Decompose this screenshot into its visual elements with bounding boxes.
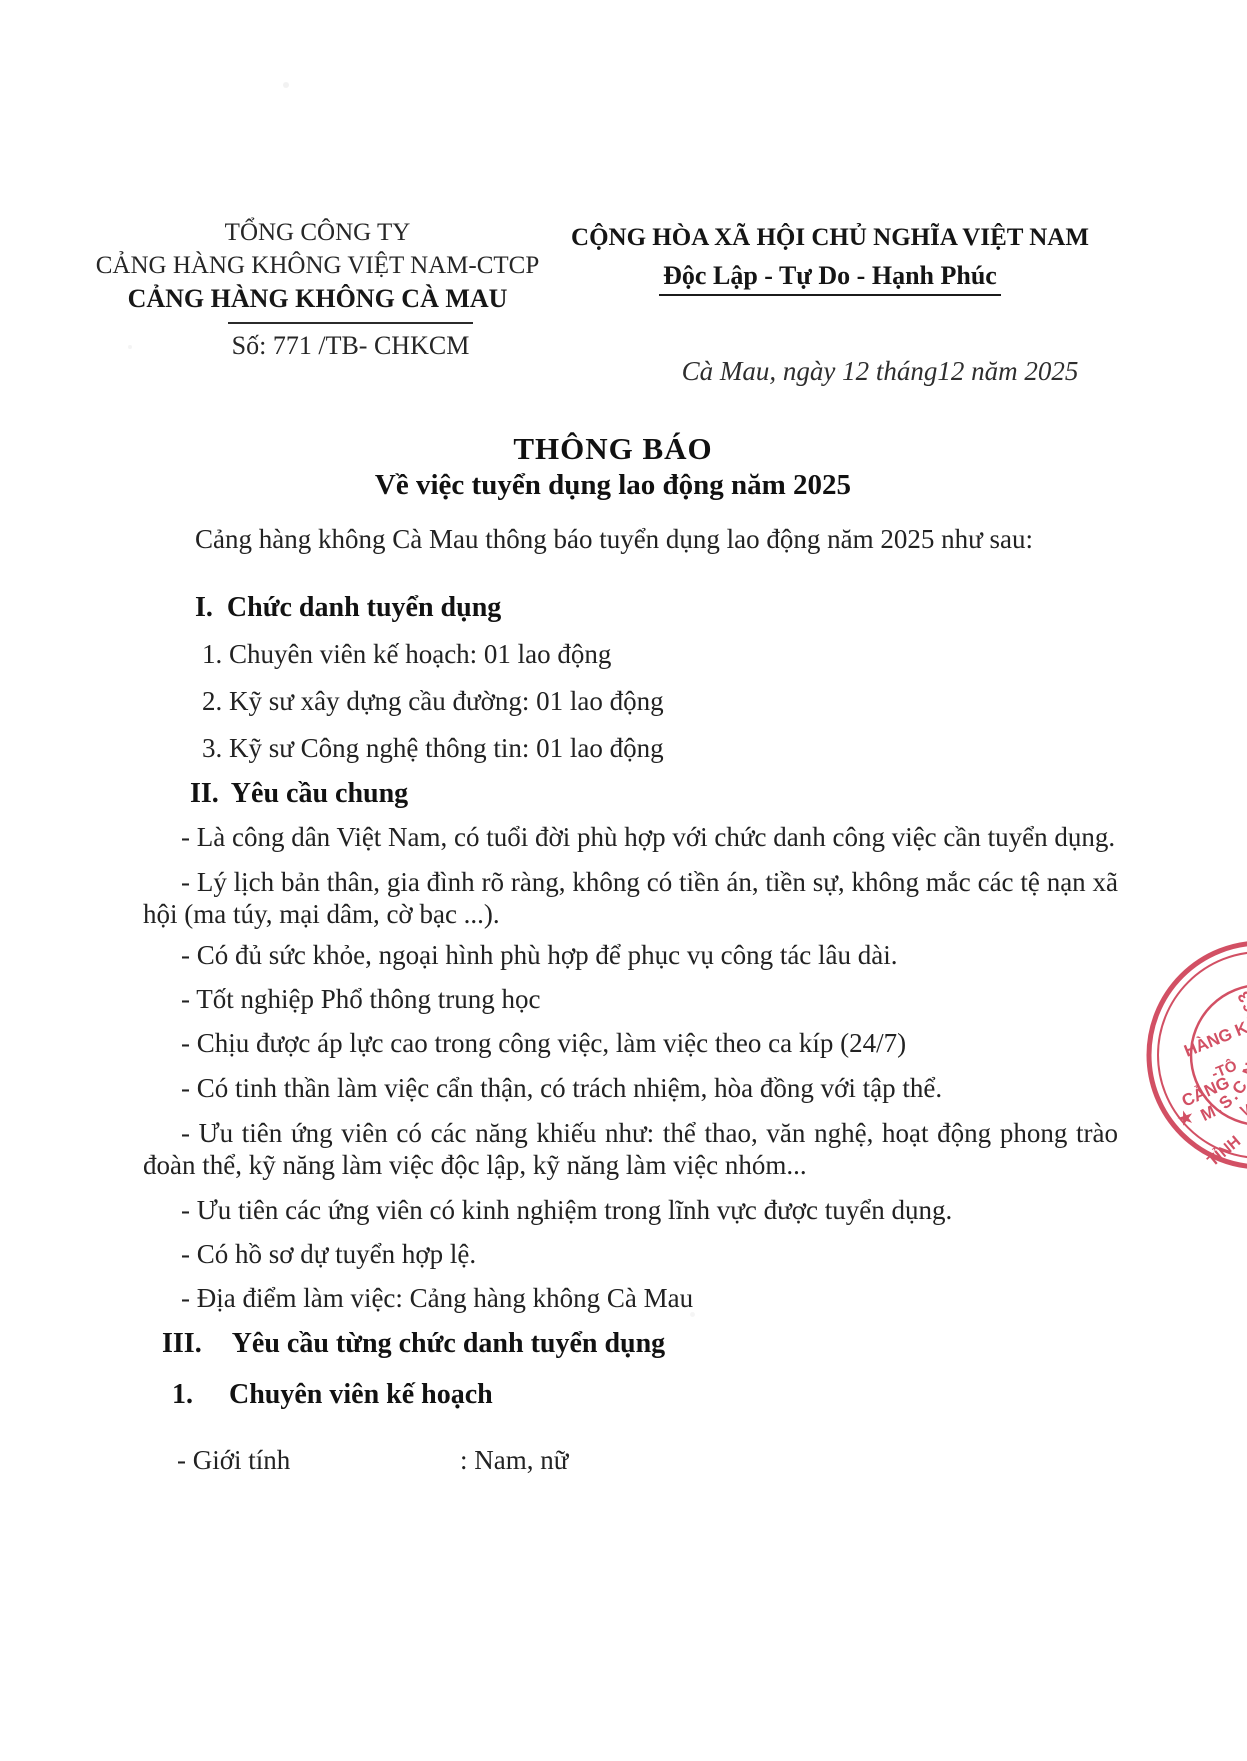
stamp-fragment: HÀNG K xyxy=(1181,1018,1247,1061)
national-header-block: CỘNG HÒA XÃ HỘI CHỦ NGHĨA VIỆT NAM Độc L… xyxy=(555,222,1105,296)
recruitment-item: 1. Chuyên viên kế hoạch: 01 lao động xyxy=(143,638,1118,670)
scan-speck xyxy=(283,82,289,88)
section-iii-heading: III.Yêu cầu từng chức danh tuyển dụng xyxy=(143,1325,1118,1363)
doc-title: THÔNG BÁO xyxy=(8,430,1218,468)
national-motto: Độc Lập - Tự Do - Hạnh Phúc xyxy=(659,261,1001,296)
gender-field-value: : Nam, nữ xyxy=(460,1444,568,1476)
requirement-bullet: - Chịu được áp lực cao trong công việc, … xyxy=(143,1027,1118,1059)
requirement-bullet: - Lý lịch bản thân, gia đình rõ ràng, kh… xyxy=(143,866,1118,930)
section-ii-label: Yêu cầu chung xyxy=(231,778,408,809)
requirement-bullet: - Tốt nghiệp Phổ thông trung học xyxy=(143,983,1118,1015)
gender-field-label: - Giới tính xyxy=(177,1445,290,1475)
section-i-label: Chức danh tuyển dụng xyxy=(227,592,501,623)
doc-number: Số: 771 /TB- CHKCM xyxy=(128,329,573,362)
org-company-line: CẢNG HÀNG KHÔNG VIỆT NAM-CTCP xyxy=(95,249,540,282)
org-parent-line: TỔNG CÔNG TY xyxy=(95,216,540,249)
requirement-bullet: - Có tinh thần làm việc cẩn thận, có trá… xyxy=(143,1072,1118,1104)
document-body: Cảng hàng không Cà Mau thông báo tuyển d… xyxy=(143,517,1118,1476)
place-date-line: Cà Mau, ngày 12 tháng12 năm 2025 xyxy=(650,356,1110,387)
national-title: CỘNG HÒA XÃ HỘI CHỦ NGHĨA VIỆT NAM xyxy=(555,222,1105,254)
section-iii-number: III. xyxy=(162,1325,202,1363)
scan-speck xyxy=(128,345,132,349)
subsection-1-label: Chuyên viên kế hoạch xyxy=(229,1379,493,1410)
requirement-bullet: - Là công dân Việt Nam, có tuổi đời phù … xyxy=(143,821,1118,853)
scanned-document-page: TỔNG CÔNG TY CẢNG HÀNG KHÔNG VIỆT NAM-CT… xyxy=(0,0,1247,1761)
section-ii-heading: II.Yêu cầu chung xyxy=(143,776,1118,812)
section-ii-number: II. xyxy=(190,776,219,812)
recruitment-item: 2. Kỹ sư xây dựng cầu đường: 01 lao động xyxy=(143,685,1118,717)
requirement-bullet: - Có hồ sơ dự tuyển hợp lệ. xyxy=(143,1238,1118,1270)
scan-speck xyxy=(690,1312,695,1317)
header-separator-line xyxy=(228,322,473,324)
subsection-1-heading: 1.Chuyên viên kế hoạch xyxy=(143,1377,1118,1413)
recruitment-item: 3. Kỹ sư Công nghệ thông tin: 01 lao độn… xyxy=(143,732,1118,764)
org-unit-line: CẢNG HÀNG KHÔNG CÀ MAU xyxy=(95,282,540,315)
doc-subtitle: Về việc tuyển dụng lao động năm 2025 xyxy=(8,469,1218,502)
requirement-bullet: - Địa điểm làm việc: Cảng hàng không Cà … xyxy=(143,1282,1118,1314)
section-i-heading: I.Chức danh tuyển dụng xyxy=(143,590,1118,626)
red-official-stamp: M.S.C.N:031163 ★ C HÀNG K -TÔ CẢNG VIỆ T… xyxy=(1091,885,1247,1225)
issuing-org-block: TỔNG CÔNG TY CẢNG HÀNG KHÔNG VIỆT NAM-CT… xyxy=(95,216,540,362)
section-i-number: I. xyxy=(195,590,213,626)
requirement-bullet: - Ưu tiên các ứng viên có kinh nghiệm tr… xyxy=(143,1194,1118,1226)
requirement-bullet: - Ưu tiên ứng viên có các năng khiếu như… xyxy=(143,1117,1118,1181)
gender-field-row: - Giới tính: Nam, nữ xyxy=(143,1444,1118,1476)
subsection-1-number: 1. xyxy=(172,1377,193,1413)
requirement-bullet: - Có đủ sức khỏe, ngoại hình phù hợp để … xyxy=(143,939,1118,971)
section-iii-label: Yêu cầu từng chức danh tuyển dụng xyxy=(232,1328,665,1359)
intro-paragraph: Cảng hàng không Cà Mau thông báo tuyển d… xyxy=(143,523,1118,555)
title-block: THÔNG BÁO Về việc tuyển dụng lao động nă… xyxy=(8,430,1218,502)
